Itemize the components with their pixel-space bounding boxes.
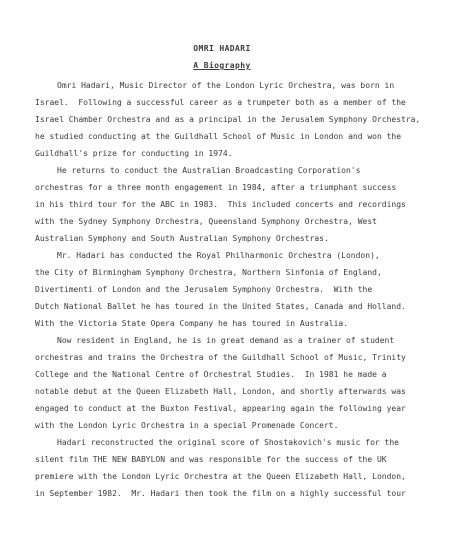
text-line: Omri Hadari, Music Director of the Londo… bbox=[35, 77, 430, 94]
document-title: OMRI HADARI bbox=[0, 40, 444, 57]
paragraph: He returns to conduct the Australian Bro… bbox=[35, 162, 430, 247]
text-line: with the Sydney Symphony Orchestra, Quee… bbox=[35, 213, 430, 230]
text-line: With the Victoria State Opera Company he… bbox=[35, 315, 430, 332]
text-line: premiere with the London Lyric Orchestra… bbox=[35, 468, 430, 485]
text-line: in his third tour for the ABC in 1983. T… bbox=[35, 196, 430, 213]
text-line: in September 1982. Mr. Hadari then took … bbox=[35, 485, 430, 502]
text-line: Guildhall's prize for conducting in 1974… bbox=[35, 145, 430, 162]
text-line: College and the National Centre of Orche… bbox=[35, 366, 430, 383]
text-line: Now resident in England, he is in great … bbox=[35, 332, 430, 349]
text-line: he studied conducting at the Guildhall S… bbox=[35, 128, 430, 145]
paragraph: Now resident in England, he is in great … bbox=[35, 332, 430, 434]
text-line: He returns to conduct the Australian Bro… bbox=[35, 162, 430, 179]
text-line: Israel Chamber Orchestra and as a princi… bbox=[35, 111, 430, 128]
text-line: Divertimenti of London and the Jerusalem… bbox=[35, 281, 430, 298]
text-line: with the London Lyric Orchestra in a spe… bbox=[35, 417, 430, 434]
text-line: Israel. Following a successful career as… bbox=[35, 94, 430, 111]
text-line: Mr. Hadari has conducted the Royal Philh… bbox=[35, 247, 430, 264]
document-body: Omri Hadari, Music Director of the Londo… bbox=[35, 77, 430, 502]
document-title-block: OMRI HADARI A Biography bbox=[0, 40, 444, 74]
paragraph: Omri Hadari, Music Director of the Londo… bbox=[35, 77, 430, 162]
text-line: the City of Birmingham Symphony Orchestr… bbox=[35, 264, 430, 281]
text-line: Hadari reconstructed the original score … bbox=[35, 434, 430, 451]
text-line: Dutch National Ballet he has toured in t… bbox=[35, 298, 430, 315]
text-line: Australian Symphony and South Australian… bbox=[35, 230, 430, 247]
paragraph: Mr. Hadari has conducted the Royal Philh… bbox=[35, 247, 430, 332]
text-line: notable debut at the Queen Elizabeth Hal… bbox=[35, 383, 430, 400]
text-line: orchestras and trains the Orchestra of t… bbox=[35, 349, 430, 366]
text-line: engaged to conduct at the Buxton Festiva… bbox=[35, 400, 430, 417]
text-line: silent film THE NEW BABYLON and was resp… bbox=[35, 451, 430, 468]
document-subtitle: A Biography bbox=[0, 57, 444, 74]
paragraph: Hadari reconstructed the original score … bbox=[35, 434, 430, 502]
text-line: orchestras for a three month engagement … bbox=[35, 179, 430, 196]
document-page: OMRI HADARI A Biography Omri Hadari, Mus… bbox=[0, 0, 456, 549]
